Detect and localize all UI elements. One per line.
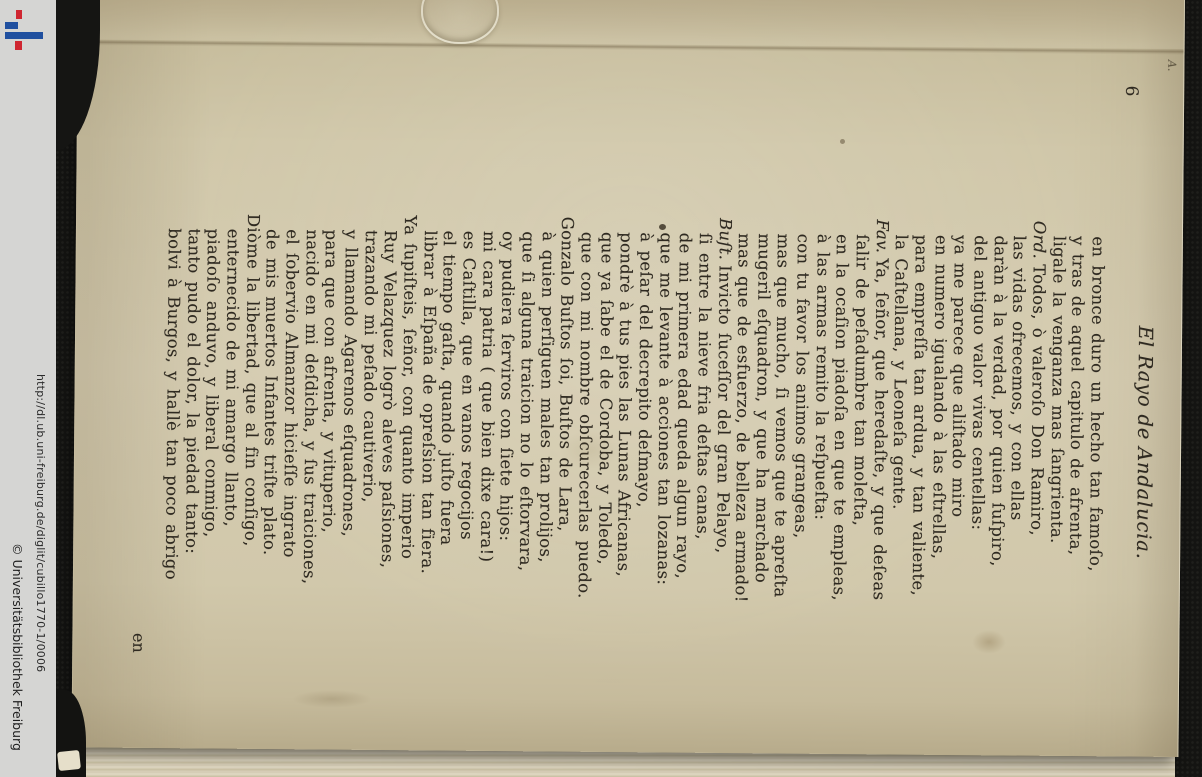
copyright-watermark: © Universitätsbibliothek Freiburg (10, 543, 25, 751)
verse-line: pondrè à tus pies las Lunas Africanas, (613, 232, 636, 602)
ub-freiburg-logo-icon (15, 41, 22, 50)
speaker-label: Ord. (1030, 221, 1049, 260)
speaker-label: Buſt. (715, 218, 734, 260)
verse-line: de mis muertos Infantes triſte plato. (260, 229, 283, 599)
verse-line: Ruy Velazquez logrò aleves paſsiones, (377, 230, 400, 600)
paper-stain (292, 690, 372, 708)
page-edge-tab (57, 750, 81, 771)
speaker-label: Fav. (873, 219, 892, 253)
verse-line: de mi primera edad queda algun rayo, (672, 233, 695, 603)
verse-line: que ſi alguna traicion no lo eſtorvara, (515, 231, 538, 601)
verse-line: que ya ſabe el de Cordoba, y Toledo, (594, 232, 617, 602)
verse-line: y tras de aquel capitulo de afrenta, (1065, 236, 1088, 606)
verse-line: bolvi à Burgos, y hallè tan poco abrigo (161, 228, 184, 598)
verse-line: Ya ſupiſteis, ſeñor, con quanto imperio (397, 215, 420, 600)
verse-lines: en bronce duro un hecho tan famoſo,y tra… (161, 213, 1108, 606)
verse-line: à quien perſiguen males tan prolijos, (535, 231, 558, 601)
ub-freiburg-logo-icon (5, 32, 43, 39)
signature-mark: A. (1165, 60, 1178, 72)
verse-line: las vidas ofrecemos, y con ellas (1006, 235, 1029, 605)
verse-line: Fav.Ya, ſeñor, que heredaſte, y que deſe… (869, 219, 892, 604)
watermark-sidebar: http://dl.ub.uni-freiburg.de/diglit/cubi… (0, 0, 56, 777)
verse-line: librar à Eſpaña de opreſsion tan fiera. (417, 230, 440, 600)
scan-viewer: A. 6 El Rayo de Andalucia. en bronce dur… (0, 0, 1202, 777)
verse-line: en bronce duro un hecho tan famoſo, (1085, 236, 1108, 606)
verse-line: mugeril eſquadron, y que ha marchado (751, 233, 774, 603)
verse-line: para que con afrenta, y vituperio, (318, 229, 341, 599)
page-number: 6 (1121, 85, 1141, 96)
verse-line: Buſt.Invicto ſuceſſor del gran Pelayo, (712, 218, 735, 603)
verse-line: mi cara patria ( que bien dixe cara!) (476, 231, 499, 601)
verse-line: mas que de esfuerzo, de belleza armado! (731, 233, 754, 603)
verse-line: tanto pudo el dolor, la piedad tanto: (181, 228, 204, 598)
verse-line: el tiempo gaſta, quando juſto fuera (436, 231, 459, 601)
verse-line: en numero igualando à las eſtrellas, (928, 235, 951, 605)
ink-speck (659, 224, 666, 230)
verse-line: el ſobervio Almanzor hicieſſe ingrato (279, 229, 302, 599)
verse-line: mas que mucho, ſi vemos que te apreſta (771, 233, 794, 603)
verse-line: piadoſo anduvo, y liberal conmigo, (201, 228, 224, 598)
verse-line: en la ocaſion piadoſa en que te empleas, (830, 234, 853, 604)
verse-line: con tu favor los animos grangeas, (790, 234, 813, 604)
verse-line: para empreſſa tan ardua, y tan valiente, (908, 235, 931, 605)
paper-stain (560, 430, 620, 470)
catchword: en (129, 633, 148, 653)
verse-line: y llamando Agarenos eſquadrones, (338, 230, 361, 600)
ub-freiburg-logo-icon (16, 10, 22, 19)
paper-stain (972, 630, 1006, 654)
verse-line: Ord.Todos, ò valeroſo Don Ramiro, (1026, 221, 1049, 606)
verse-line: que con mi nombre obſcurecerlas puedo. (574, 232, 597, 602)
verse-line: Diòme la libertad, que al fin conſigo, (240, 214, 263, 599)
ink-speck (840, 139, 845, 144)
verse-line: daràn à la verdad, por quien ſuſpiro, (987, 235, 1010, 605)
verse-line: ya me parece que aliſtado miro (947, 235, 970, 605)
verse-line: nacido en mi deſdicha, y ſus traiciones, (299, 229, 322, 599)
verse-line: que me levante à acciones tan lozanas: (653, 232, 676, 602)
book-page: A. 6 El Rayo de Andalucia. en bronce dur… (71, 0, 1185, 757)
source-url-watermark: http://dl.ub.uni-freiburg.de/diglit/cubi… (34, 374, 47, 672)
ub-freiburg-logo-icon (5, 22, 18, 29)
running-title: El Rayo de Andalucia. (1131, 222, 1158, 664)
